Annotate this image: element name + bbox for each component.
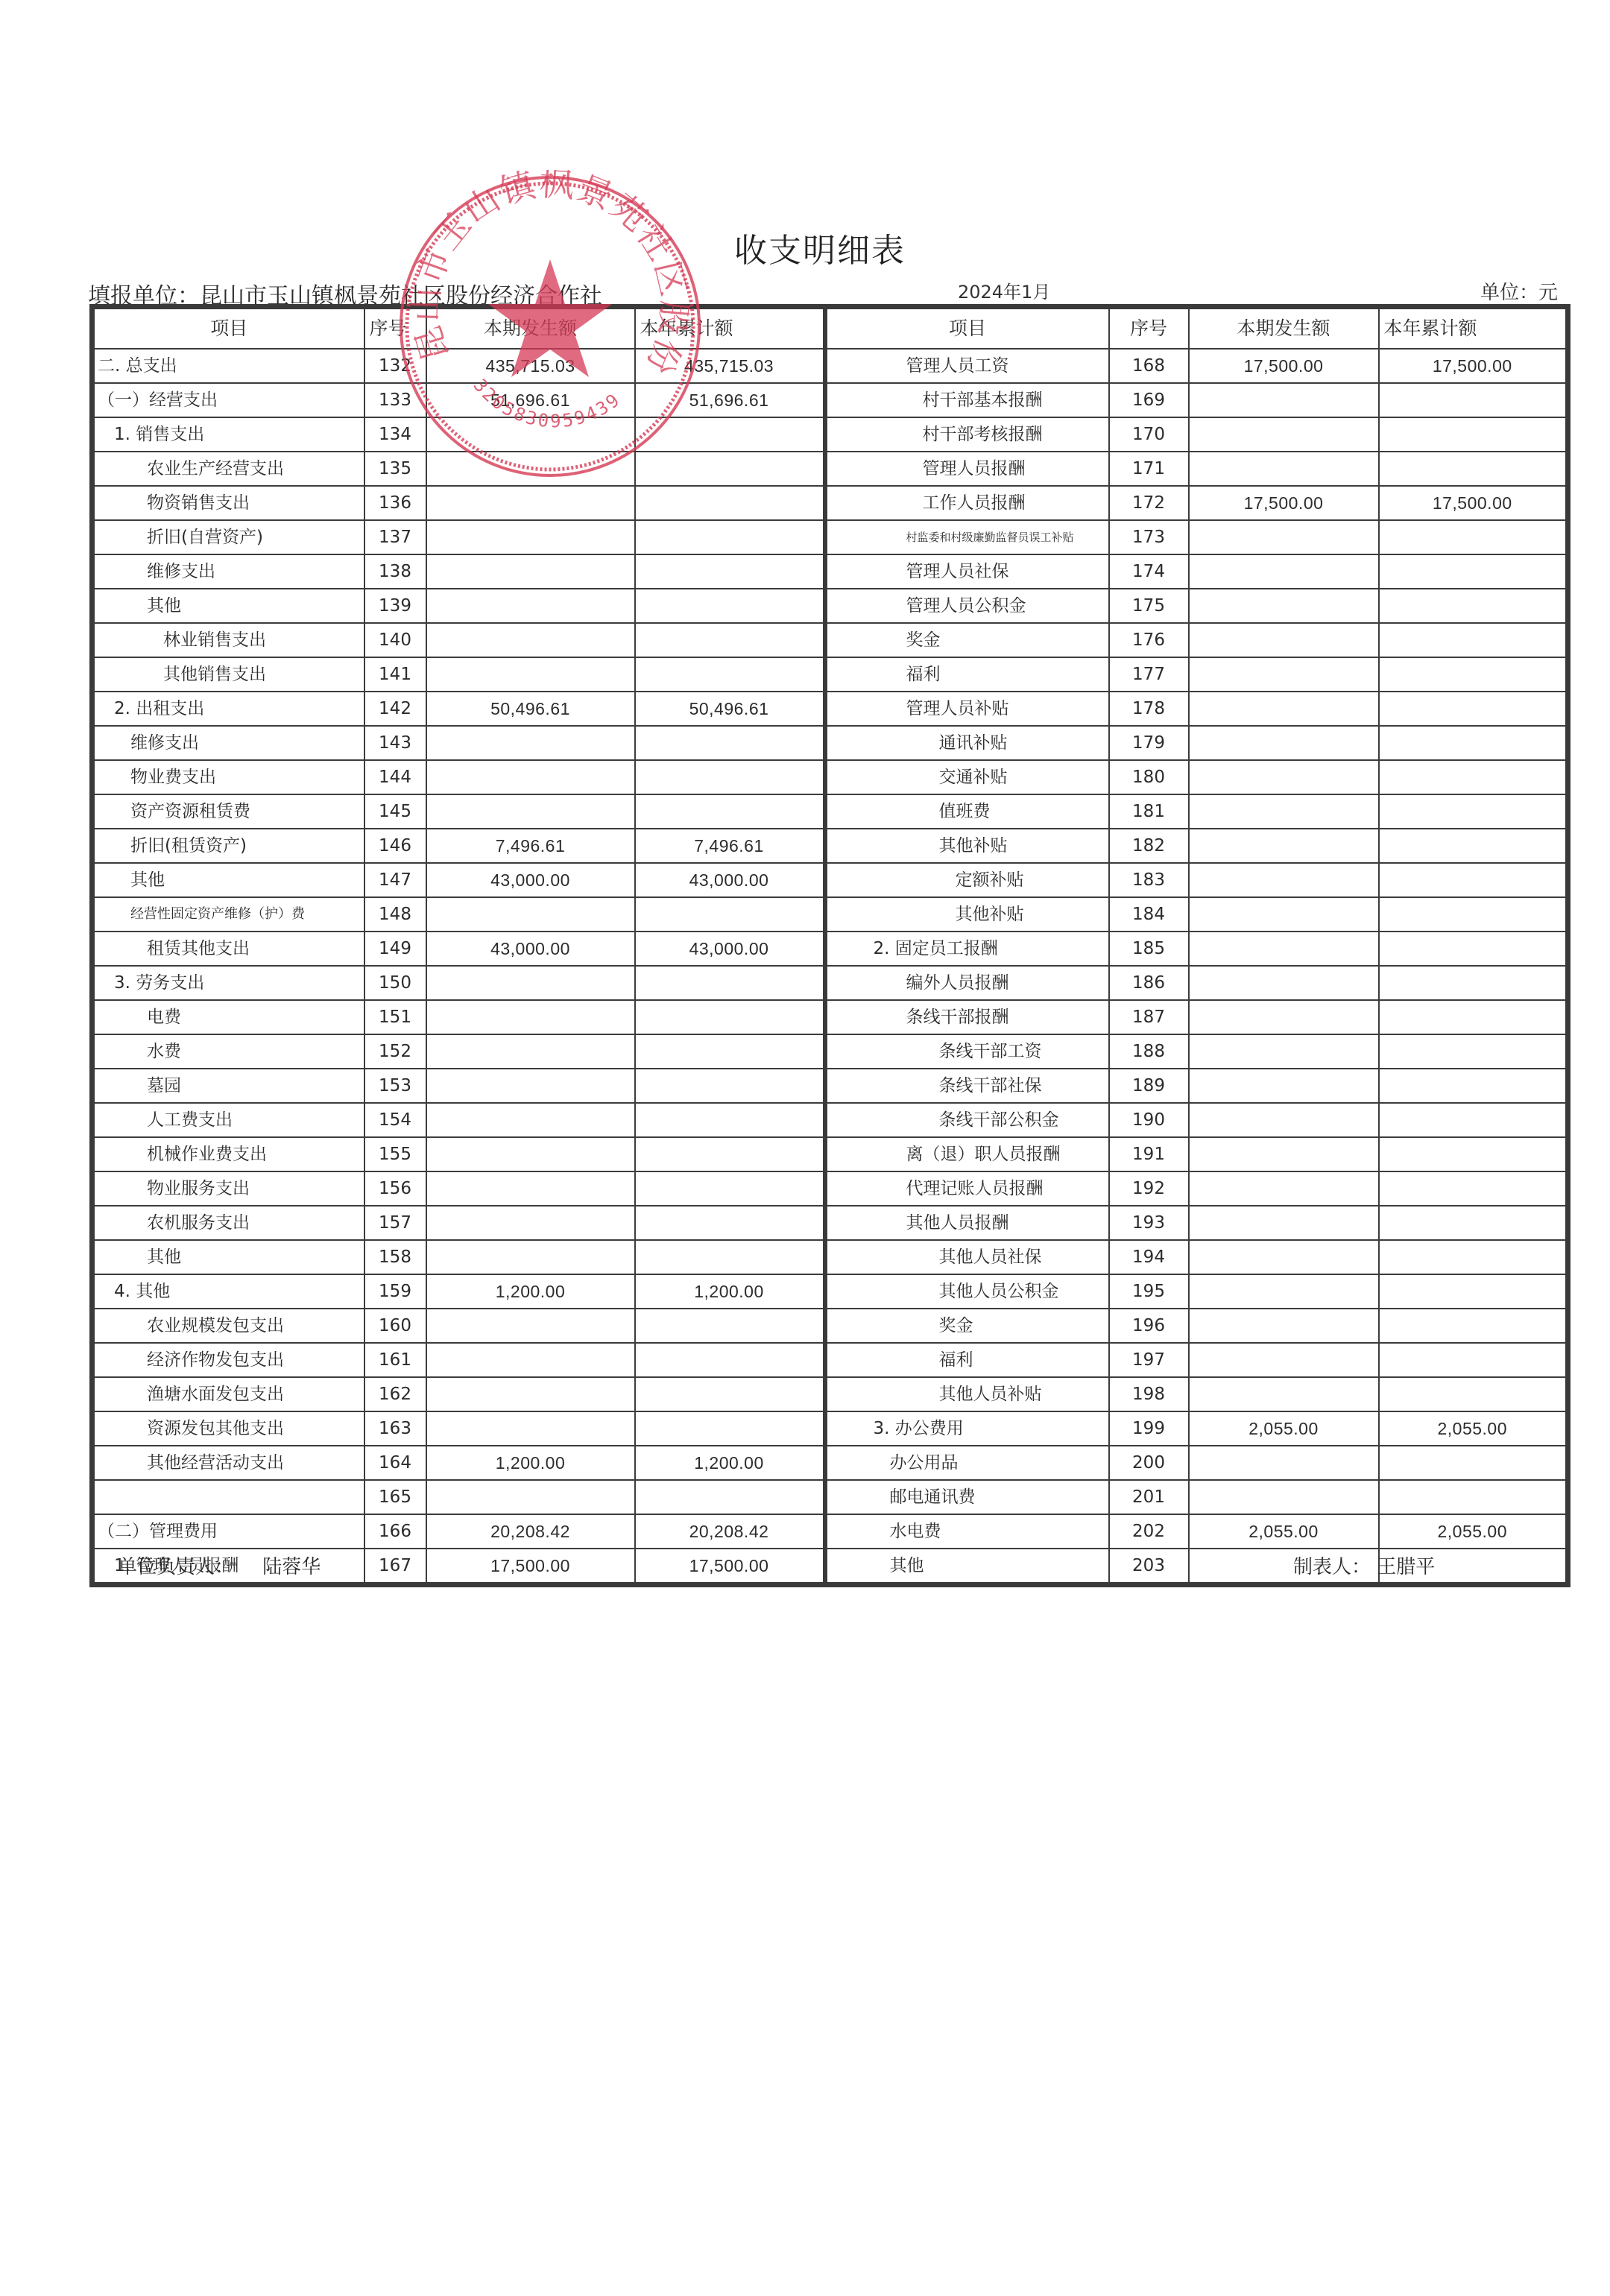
row-seq-left: 147 <box>364 863 426 897</box>
table-row: 折旧(租赁资产)1467,496.617,496.61其他补贴182 <box>92 829 1568 863</box>
row-item-right: 其他人员补贴 <box>825 1377 1109 1411</box>
table-row: 物业服务支出156代理记账人员报酬192 <box>92 1171 1568 1206</box>
row-ytd-left <box>635 966 825 1000</box>
row-item-left: 折旧(租赁资产) <box>92 829 364 863</box>
row-ytd-left <box>635 794 825 829</box>
row-current-left <box>426 1411 635 1446</box>
row-item-right: 条线干部社保 <box>825 1069 1109 1103</box>
row-current-left: 1,200.00 <box>426 1446 635 1480</box>
table-row: 其他139管理人员公积金175 <box>92 589 1568 623</box>
row-item-right: 其他补贴 <box>825 897 1109 932</box>
row-ytd-right <box>1379 623 1568 657</box>
row-ytd-right <box>1379 589 1568 623</box>
row-current-right <box>1189 1171 1379 1206</box>
table-row: 租赁其他支出14943,000.0043,000.002. 固定员工报酬185 <box>92 932 1568 966</box>
row-ytd-right <box>1379 383 1568 417</box>
row-seq-left: 142 <box>364 692 426 726</box>
row-seq-left: 166 <box>364 1514 426 1549</box>
row-item-left: 人工费支出 <box>92 1103 364 1137</box>
table-row: 资源发包其他支出1633. 办公费用1992,055.002,055.00 <box>92 1411 1568 1446</box>
row-seq-right: 193 <box>1109 1206 1189 1240</box>
row-current-left <box>426 1480 635 1514</box>
row-item-right: 管理人员补贴 <box>825 692 1109 726</box>
row-ytd-left <box>635 554 825 589</box>
row-seq-left: 133 <box>364 383 426 417</box>
col-header-item-right: 项目 <box>825 307 1109 350</box>
row-current-right <box>1189 966 1379 1000</box>
row-current-right <box>1189 383 1379 417</box>
row-ytd-left: 1,200.00 <box>635 1274 825 1309</box>
row-current-right <box>1189 760 1379 794</box>
row-seq-left: 150 <box>364 966 426 1000</box>
table-header-row: 项目 序号 本期发生额 本年累计额 项目 序号 本期发生额 本年累计额 <box>92 307 1568 350</box>
row-seq-right: 197 <box>1109 1343 1189 1377</box>
row-seq-right: 200 <box>1109 1446 1189 1480</box>
row-ytd-left <box>635 1171 825 1206</box>
row-ytd-left <box>635 1411 825 1446</box>
row-current-left: 51,696.61 <box>426 383 635 417</box>
row-item-left: 经济作物发包支出 <box>92 1343 364 1377</box>
table-row: 1. 销售支出134村干部考核报酬170 <box>92 417 1568 452</box>
row-seq-left: 138 <box>364 554 426 589</box>
row-seq-right: 188 <box>1109 1034 1189 1069</box>
row-item-left: 物业费支出 <box>92 760 364 794</box>
row-item-right: 管理人员公积金 <box>825 589 1109 623</box>
row-seq-left: 151 <box>364 1000 426 1034</box>
row-item-left: 其他 <box>92 1240 364 1274</box>
row-ytd-right <box>1379 1446 1568 1480</box>
row-current-left <box>426 589 635 623</box>
row-ytd-left <box>635 897 825 932</box>
table-row: 4. 其他1591,200.001,200.00其他人员公积金195 <box>92 1274 1568 1309</box>
row-item-right: 其他人员社保 <box>825 1240 1109 1274</box>
row-item-right: 管理人员报酬 <box>825 452 1109 486</box>
row-seq-left: 134 <box>364 417 426 452</box>
col-header-seq-right: 序号 <box>1109 307 1189 350</box>
row-item-left: 3. 劳务支出 <box>92 966 364 1000</box>
row-ytd-left <box>635 452 825 486</box>
row-current-left <box>426 1240 635 1274</box>
row-seq-right: 191 <box>1109 1137 1189 1171</box>
row-current-right <box>1189 1000 1379 1034</box>
preparer: 制表人： 王腊平 <box>1293 1552 1435 1579</box>
row-seq-right: 194 <box>1109 1240 1189 1274</box>
row-current-left <box>426 760 635 794</box>
row-current-right <box>1189 520 1379 554</box>
row-ytd-left <box>635 760 825 794</box>
row-current-left: 435,715.03 <box>426 349 635 383</box>
row-seq-left: 164 <box>364 1446 426 1480</box>
row-current-left <box>426 657 635 692</box>
row-current-left <box>426 1103 635 1137</box>
row-seq-left: 162 <box>364 1377 426 1411</box>
row-current-right <box>1189 589 1379 623</box>
row-current-right <box>1189 452 1379 486</box>
responsible-label: 单位负责人： <box>118 1556 234 1578</box>
row-current-right <box>1189 1034 1379 1069</box>
row-item-left: 其他 <box>92 863 364 897</box>
row-item-right: 编外人员报酬 <box>825 966 1109 1000</box>
col-header-ytd-left: 本年累计额 <box>635 307 825 350</box>
row-ytd-left <box>635 726 825 760</box>
row-item-right: 代理记账人员报酬 <box>825 1171 1109 1206</box>
row-ytd-left <box>635 1377 825 1411</box>
table-row: 墓园153条线干部社保189 <box>92 1069 1568 1103</box>
row-item-right: 福利 <box>825 1343 1109 1377</box>
row-seq-right: 183 <box>1109 863 1189 897</box>
table-row: 其他销售支出141福利177 <box>92 657 1568 692</box>
row-current-right <box>1189 897 1379 932</box>
table-row: 其他经营活动支出1641,200.001,200.00办公用品200 <box>92 1446 1568 1480</box>
row-ytd-right <box>1379 794 1568 829</box>
responsible-person: 单位负责人： 陆蓉华 <box>118 1552 321 1579</box>
row-item-right: 管理人员社保 <box>825 554 1109 589</box>
row-ytd-right <box>1379 1171 1568 1206</box>
row-current-left: 43,000.00 <box>426 932 635 966</box>
row-current-left: 50,496.61 <box>426 692 635 726</box>
row-ytd-right <box>1379 1103 1568 1137</box>
row-ytd-left <box>635 1137 825 1171</box>
row-item-left: 经营性固定资产维修（护）费 <box>92 897 364 932</box>
row-ytd-left <box>635 417 825 452</box>
row-seq-left: 145 <box>364 794 426 829</box>
row-seq-right: 186 <box>1109 966 1189 1000</box>
table-row: 农业生产经营支出135管理人员报酬171 <box>92 452 1568 486</box>
row-ytd-right <box>1379 897 1568 932</box>
row-ytd-right <box>1379 760 1568 794</box>
row-current-left <box>426 966 635 1000</box>
row-item-left: 物业服务支出 <box>92 1171 364 1206</box>
row-seq-left: 155 <box>364 1137 426 1171</box>
row-current-right <box>1189 1240 1379 1274</box>
col-header-seq-left: 序号 <box>364 307 426 350</box>
row-seq-right: 195 <box>1109 1274 1189 1309</box>
row-ytd-right: 17,500.00 <box>1379 349 1568 383</box>
row-seq-right: 173 <box>1109 520 1189 554</box>
document-title: 收支明细表 <box>0 224 1610 271</box>
row-ytd-right <box>1379 932 1568 966</box>
row-current-left <box>426 1000 635 1034</box>
row-item-right: 2. 固定员工报酬 <box>825 932 1109 966</box>
row-ytd-left: 51,696.61 <box>635 383 825 417</box>
row-current-right <box>1189 1377 1379 1411</box>
row-item-right: 交通补贴 <box>825 760 1109 794</box>
table-row: 物资销售支出136工作人员报酬17217,500.0017,500.00 <box>92 486 1568 520</box>
row-item-right: 工作人员报酬 <box>825 486 1109 520</box>
row-item-right: 管理人员工资 <box>825 349 1109 383</box>
table-row: 165邮电通讯费201 <box>92 1480 1568 1514</box>
row-current-right <box>1189 794 1379 829</box>
table-row: 折旧(自营资产)137村监委和村级廉勤监督员误工补贴173 <box>92 520 1568 554</box>
row-current-left <box>426 1377 635 1411</box>
row-item-right: 其他人员公积金 <box>825 1274 1109 1309</box>
row-item-right: 奖金 <box>825 623 1109 657</box>
row-ytd-left <box>635 1069 825 1103</box>
row-seq-left: 159 <box>364 1274 426 1309</box>
row-ytd-left <box>635 520 825 554</box>
row-current-left <box>426 1206 635 1240</box>
row-seq-left: 149 <box>364 932 426 966</box>
preparer-label: 制表人： <box>1293 1556 1371 1578</box>
row-ytd-right <box>1379 692 1568 726</box>
row-seq-right: 179 <box>1109 726 1189 760</box>
row-item-left: 资源发包其他支出 <box>92 1411 364 1446</box>
row-seq-right: 180 <box>1109 760 1189 794</box>
currency-unit: 单位：元 <box>1480 277 1558 305</box>
row-seq-right: 174 <box>1109 554 1189 589</box>
row-seq-left: 146 <box>364 829 426 863</box>
row-current-right <box>1189 1137 1379 1171</box>
row-seq-right: 171 <box>1109 452 1189 486</box>
row-item-left: 电费 <box>92 1000 364 1034</box>
row-ytd-right <box>1379 1480 1568 1514</box>
row-current-right: 17,500.00 <box>1189 349 1379 383</box>
row-item-left: （一）经营支出 <box>92 383 364 417</box>
row-ytd-right: 17,500.00 <box>1379 486 1568 520</box>
row-item-left: 其他销售支出 <box>92 657 364 692</box>
row-seq-right: 202 <box>1109 1514 1189 1549</box>
row-ytd-right <box>1379 829 1568 863</box>
row-current-left <box>426 1343 635 1377</box>
table-row: 其他14743,000.0043,000.00定额补贴183 <box>92 863 1568 897</box>
row-current-right <box>1189 1309 1379 1343</box>
row-ytd-left <box>635 657 825 692</box>
table-row: （一）经营支出13351,696.6151,696.61村干部基本报酬169 <box>92 383 1568 417</box>
row-item-left: 农机服务支出 <box>92 1206 364 1240</box>
row-current-left: 20,208.42 <box>426 1514 635 1549</box>
row-seq-left: 140 <box>364 623 426 657</box>
row-current-left: 43,000.00 <box>426 863 635 897</box>
row-ytd-right <box>1379 1069 1568 1103</box>
row-seq-right: 187 <box>1109 1000 1189 1034</box>
table-row: 3. 劳务支出150编外人员报酬186 <box>92 966 1568 1000</box>
row-current-right <box>1189 692 1379 726</box>
row-seq-left: 154 <box>364 1103 426 1137</box>
row-seq-right: 178 <box>1109 692 1189 726</box>
row-seq-left: 153 <box>364 1069 426 1103</box>
row-seq-left: 137 <box>364 520 426 554</box>
row-current-left <box>426 520 635 554</box>
table-row: 经营性固定资产维修（护）费148其他补贴184 <box>92 897 1568 932</box>
row-seq-right: 190 <box>1109 1103 1189 1137</box>
row-item-left: 渔塘水面发包支出 <box>92 1377 364 1411</box>
table-row: 经济作物发包支出161福利197 <box>92 1343 1568 1377</box>
row-item-right: 福利 <box>825 657 1109 692</box>
row-item-left: 资产资源租赁费 <box>92 794 364 829</box>
row-item-right: 其他人员报酬 <box>825 1206 1109 1240</box>
row-item-right: 定额补贴 <box>825 863 1109 897</box>
row-item-left: 其他 <box>92 589 364 623</box>
row-ytd-right <box>1379 1240 1568 1274</box>
row-current-right: 2,055.00 <box>1189 1514 1379 1549</box>
row-ytd-right <box>1379 1137 1568 1171</box>
row-current-right: 17,500.00 <box>1189 486 1379 520</box>
table-row: 农业规模发包支出160奖金196 <box>92 1309 1568 1343</box>
report-period: 2024年1月 <box>958 277 1050 303</box>
row-ytd-left: 1,200.00 <box>635 1446 825 1480</box>
row-seq-right: 203 <box>1109 1549 1189 1585</box>
row-seq-right: 185 <box>1109 932 1189 966</box>
row-ytd-right <box>1379 1206 1568 1240</box>
row-ytd-left <box>635 1343 825 1377</box>
row-current-left <box>426 452 635 486</box>
row-current-right <box>1189 554 1379 589</box>
row-item-right: 通讯补贴 <box>825 726 1109 760</box>
row-ytd-left <box>635 1034 825 1069</box>
row-ytd-right <box>1379 520 1568 554</box>
row-seq-left: 148 <box>364 897 426 932</box>
row-item-right: 值班费 <box>825 794 1109 829</box>
row-ytd-left <box>635 486 825 520</box>
row-current-right <box>1189 1480 1379 1514</box>
row-ytd-left: 17,500.00 <box>635 1549 825 1585</box>
row-ytd-left <box>635 1480 825 1514</box>
row-seq-right: 192 <box>1109 1171 1189 1206</box>
row-ytd-left: 43,000.00 <box>635 932 825 966</box>
row-ytd-right <box>1379 1000 1568 1034</box>
row-current-right <box>1189 863 1379 897</box>
row-ytd-right <box>1379 966 1568 1000</box>
row-seq-left: 152 <box>364 1034 426 1069</box>
row-item-right: 条线干部报酬 <box>825 1000 1109 1034</box>
row-item-left: 1. 销售支出 <box>92 417 364 452</box>
row-seq-left: 136 <box>364 486 426 520</box>
row-current-right <box>1189 657 1379 692</box>
row-item-left: 农业规模发包支出 <box>92 1309 364 1343</box>
row-seq-right: 182 <box>1109 829 1189 863</box>
preparer-name: 王腊平 <box>1377 1556 1435 1578</box>
table-row: 维修支出138管理人员社保174 <box>92 554 1568 589</box>
row-current-right <box>1189 1274 1379 1309</box>
row-current-right <box>1189 623 1379 657</box>
table-row: 二. 总支出132435,715.03435,715.03管理人员工资16817… <box>92 349 1568 383</box>
row-seq-right: 184 <box>1109 897 1189 932</box>
row-ytd-right <box>1379 1309 1568 1343</box>
row-current-left <box>426 417 635 452</box>
row-ytd-right <box>1379 1034 1568 1069</box>
row-current-right <box>1189 417 1379 452</box>
row-item-right: 3. 办公费用 <box>825 1411 1109 1446</box>
row-ytd-right <box>1379 863 1568 897</box>
row-item-left: 二. 总支出 <box>92 349 364 383</box>
row-seq-right: 170 <box>1109 417 1189 452</box>
table-row: 电费151条线干部报酬187 <box>92 1000 1568 1034</box>
row-seq-left: 165 <box>364 1480 426 1514</box>
row-current-left <box>426 1309 635 1343</box>
row-current-right <box>1189 829 1379 863</box>
row-seq-left: 144 <box>364 760 426 794</box>
row-ytd-left <box>635 589 825 623</box>
row-seq-left: 167 <box>364 1549 426 1585</box>
row-current-right: 2,055.00 <box>1189 1411 1379 1446</box>
row-item-right: 村干部考核报酬 <box>825 417 1109 452</box>
table-row: 资产资源租赁费145值班费181 <box>92 794 1568 829</box>
row-seq-right: 199 <box>1109 1411 1189 1446</box>
row-seq-left: 139 <box>364 589 426 623</box>
row-current-left <box>426 1069 635 1103</box>
row-item-right: 邮电通讯费 <box>825 1480 1109 1514</box>
table-row: 人工费支出154条线干部公积金190 <box>92 1103 1568 1137</box>
row-seq-right: 177 <box>1109 657 1189 692</box>
col-header-current-left: 本期发生额 <box>426 307 635 350</box>
row-item-left: 墓园 <box>92 1069 364 1103</box>
row-item-right: 村干部基本报酬 <box>825 383 1109 417</box>
row-item-left: 租赁其他支出 <box>92 932 364 966</box>
row-ytd-right <box>1379 726 1568 760</box>
row-current-left <box>426 897 635 932</box>
row-current-left <box>426 1137 635 1171</box>
row-item-left: 农业生产经营支出 <box>92 452 364 486</box>
row-item-right: 奖金 <box>825 1309 1109 1343</box>
row-seq-right: 198 <box>1109 1377 1189 1411</box>
row-seq-left: 141 <box>364 657 426 692</box>
row-current-right <box>1189 932 1379 966</box>
col-header-ytd-right: 本年累计额 <box>1379 307 1568 350</box>
table-row: 物业费支出144交通补贴180 <box>92 760 1568 794</box>
row-item-right: 水电费 <box>825 1514 1109 1549</box>
row-current-left <box>426 623 635 657</box>
col-header-current-right: 本期发生额 <box>1189 307 1379 350</box>
row-seq-left: 160 <box>364 1309 426 1343</box>
row-ytd-right: 2,055.00 <box>1379 1514 1568 1549</box>
row-item-left: 维修支出 <box>92 554 364 589</box>
row-seq-right: 168 <box>1109 349 1189 383</box>
row-ytd-right: 2,055.00 <box>1379 1411 1568 1446</box>
table-row: 其他158其他人员社保194 <box>92 1240 1568 1274</box>
row-ytd-right <box>1379 657 1568 692</box>
row-ytd-left <box>635 1103 825 1137</box>
row-current-right <box>1189 1343 1379 1377</box>
row-current-left <box>426 794 635 829</box>
row-seq-right: 189 <box>1109 1069 1189 1103</box>
row-seq-left: 132 <box>364 349 426 383</box>
row-ytd-left <box>635 1206 825 1240</box>
row-seq-left: 163 <box>364 1411 426 1446</box>
row-ytd-right <box>1379 417 1568 452</box>
row-item-left: 其他经营活动支出 <box>92 1446 364 1480</box>
row-current-left <box>426 486 635 520</box>
row-seq-left: 157 <box>364 1206 426 1240</box>
table-row: 2. 出租支出14250,496.6150,496.61管理人员补贴178 <box>92 692 1568 726</box>
row-seq-right: 172 <box>1109 486 1189 520</box>
expense-detail-table: 项目 序号 本期发生额 本年累计额 项目 序号 本期发生额 本年累计额 二. 总… <box>89 304 1570 1587</box>
row-current-right <box>1189 1446 1379 1480</box>
row-ytd-left <box>635 1240 825 1274</box>
row-current-right <box>1189 1069 1379 1103</box>
row-seq-left: 161 <box>364 1343 426 1377</box>
row-item-right: 离（退）职人员报酬 <box>825 1137 1109 1171</box>
row-item-right: 条线干部工资 <box>825 1034 1109 1069</box>
row-item-right: 办公用品 <box>825 1446 1109 1480</box>
row-ytd-left: 43,000.00 <box>635 863 825 897</box>
row-item-right: 村监委和村级廉勤监督员误工补贴 <box>825 520 1109 554</box>
table-row: （二）管理费用16620,208.4220,208.42水电费2022,055.… <box>92 1514 1568 1549</box>
row-seq-right: 181 <box>1109 794 1189 829</box>
row-item-left: 2. 出租支出 <box>92 692 364 726</box>
row-item-left: 折旧(自营资产) <box>92 520 364 554</box>
row-current-right <box>1189 1206 1379 1240</box>
table-row: 农机服务支出157其他人员报酬193 <box>92 1206 1568 1240</box>
row-ytd-left: 50,496.61 <box>635 692 825 726</box>
col-header-item-left: 项目 <box>92 307 364 350</box>
row-item-left: 水费 <box>92 1034 364 1069</box>
row-item-right: 其他 <box>825 1549 1109 1585</box>
row-seq-left: 135 <box>364 452 426 486</box>
row-seq-right: 201 <box>1109 1480 1189 1514</box>
row-ytd-left <box>635 623 825 657</box>
row-current-left <box>426 554 635 589</box>
table-row: 水费152条线干部工资188 <box>92 1034 1568 1069</box>
